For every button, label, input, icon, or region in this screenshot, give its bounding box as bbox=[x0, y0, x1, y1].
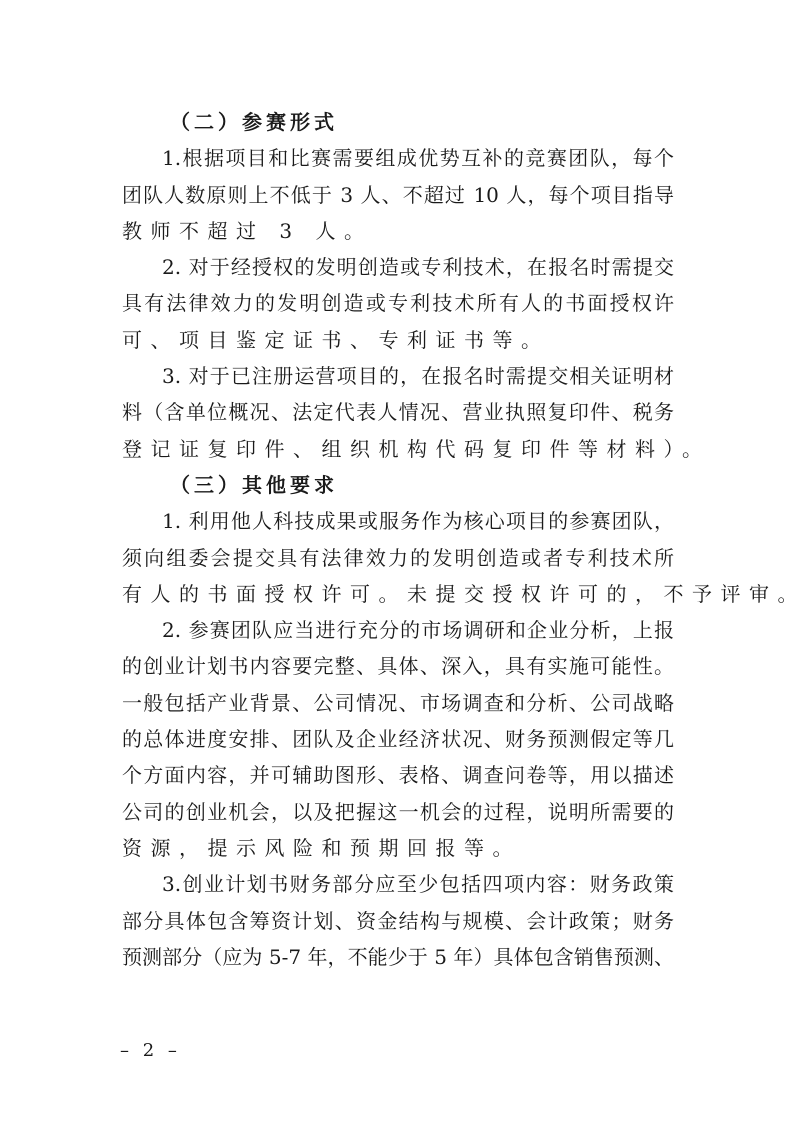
paragraph-line: 的总体进度安排、团队及企业经济状况、财务预测假定等几 bbox=[122, 721, 674, 757]
paragraph-line: 3.创业计划书财务部分应至少包括四项内容：财务政策 bbox=[122, 866, 674, 902]
section-heading: （三）其他要求 bbox=[122, 467, 674, 503]
paragraph-line: 须向组委会提交具有法律效力的发明创造或者专利技术所 bbox=[122, 540, 674, 576]
paragraph-line: 2. 对于经授权的发明创造或专利技术，在报名时需提交 bbox=[122, 249, 674, 285]
paragraph-line: 个方面内容，并可辅助图形、表格、调查问卷等，用以描述 bbox=[122, 757, 674, 793]
paragraph-line: 具有法律效力的发明创造或专利技术所有人的书面授权许 bbox=[122, 285, 674, 321]
paragraph-line: 的创业计划书内容要完整、具体、深入，具有实施可能性。 bbox=[122, 648, 674, 684]
paragraph-line: 教师不超过 3 人。 bbox=[122, 213, 674, 249]
paragraph-line: 1.根据项目和比赛需要组成优势互补的竞赛团队，每个 bbox=[122, 140, 674, 176]
section-heading: （二）参赛形式 bbox=[122, 104, 674, 140]
paragraph-line: 团队人数原则上不低于 3 人、不超过 10 人，每个项目指导 bbox=[122, 177, 674, 213]
paragraph-line: 有人的书面授权许可。未提交授权许可的，不予评审。 bbox=[122, 576, 674, 612]
paragraph-line: 部分具体包含筹资计划、资金结构与规模、会计政策；财务 bbox=[122, 903, 674, 939]
paragraph-line: 一般包括产业背景、公司情况、市场调查和分析、公司战略 bbox=[122, 685, 674, 721]
document-page: （二）参赛形式 1.根据项目和比赛需要组成优势互补的竞赛团队，每个 团队人数原则… bbox=[122, 104, 674, 975]
page-number: – 2 – bbox=[120, 1040, 181, 1061]
paragraph-line: 料（含单位概况、法定代表人情况、营业执照复印件、税务 bbox=[122, 394, 674, 430]
paragraph-line: 3. 对于已注册运营项目的，在报名时需提交相关证明材 bbox=[122, 358, 674, 394]
paragraph-line: 资源，提示风险和预期回报等。 bbox=[122, 830, 674, 866]
paragraph-line: 1. 利用他人科技成果或服务作为核心项目的参赛团队， bbox=[122, 503, 674, 539]
paragraph-line: 可、项目鉴定证书、专利证书等。 bbox=[122, 322, 674, 358]
paragraph-line: 2. 参赛团队应当进行充分的市场调研和企业分析，上报 bbox=[122, 612, 674, 648]
paragraph-line: 公司的创业机会，以及把握这一机会的过程，说明所需要的 bbox=[122, 794, 674, 830]
paragraph-line: 登记证复印件、组织机构代码复印件等材料）。 bbox=[122, 431, 674, 467]
paragraph-line: 预测部分（应为 5-7 年，不能少于 5 年）具体包含销售预测、 bbox=[122, 939, 674, 975]
